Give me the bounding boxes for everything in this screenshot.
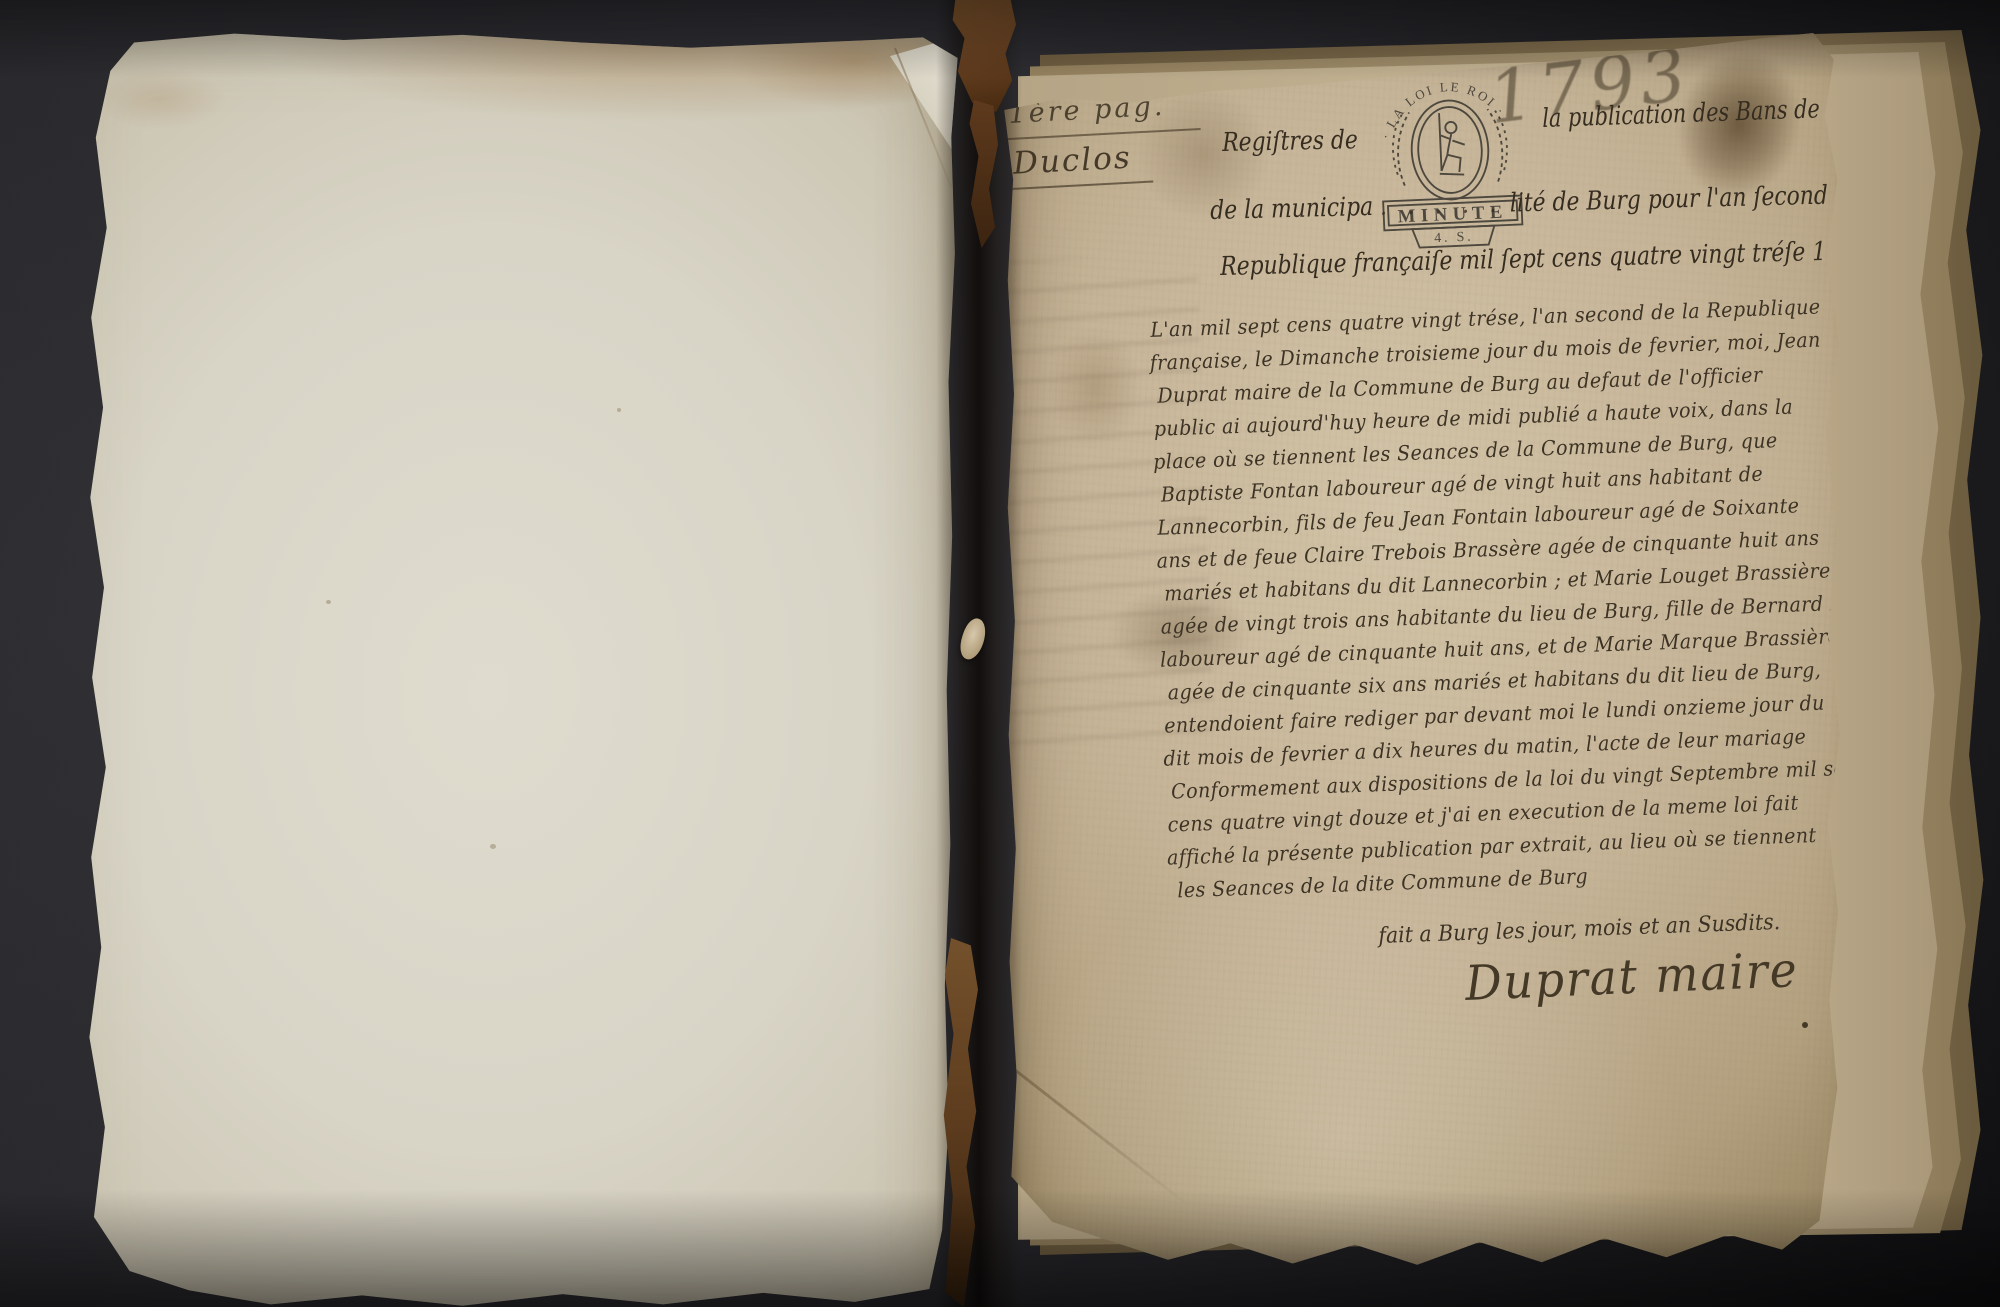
paper-speck	[617, 408, 621, 412]
spine-leather-bottom	[942, 938, 978, 1307]
left-blank-page	[52, 22, 964, 1307]
spine-leather-top	[950, 0, 1016, 112]
title-line2b: lité de Burg pour l'an ſecond de la	[1510, 179, 1889, 218]
paper-stain	[1050, 328, 1140, 448]
stamp-graphic: · LA LOI LE ROI · MINU	[1362, 46, 1539, 253]
stamp-oval-inner	[1416, 106, 1483, 195]
title-line1-left: Regiſtres de	[1222, 125, 1358, 158]
paper-speck	[326, 600, 331, 604]
manuscript-page: 1ère pag. Duclos 1793 · LA LOI LE ROI ·	[990, 28, 1880, 1290]
laurel-branch-right-2	[1495, 110, 1508, 170]
paper-speck	[490, 844, 496, 849]
stamp-value-label: 4. S.	[1434, 230, 1474, 247]
stamp-arc-text: · LA LOI LE ROI ·	[1375, 76, 1510, 141]
title-line3: Republique françaiſe mil ſept cens quatr…	[1220, 236, 1868, 282]
paper-crease	[1007, 1063, 1190, 1207]
binding-cord-knot	[956, 616, 990, 663]
closing-line: fait a Burg les jour, mois et an Susdits…	[1378, 910, 1781, 949]
title-line2: de la municipa . . . . . lité de Burg po…	[1210, 179, 1889, 226]
manuscript-body: L'an mil sept cens quatre vingt trése, l…	[1148, 289, 1875, 907]
mayor-signature: Duprat maire	[1464, 942, 1800, 1012]
laurel-branch-right	[1487, 109, 1503, 182]
archival-annotation: 1ère pag. Duclos	[1006, 89, 1203, 190]
title-line2a: de la municipa	[1210, 192, 1373, 226]
spine-leather-strip	[968, 100, 998, 248]
photograph-backdrop: 1ère pag. Duclos 1793 · LA LOI LE ROI ·	[0, 0, 2000, 1307]
revenue-stamp: · LA LOI LE ROI · MINU	[1362, 46, 1539, 253]
seated-justice-icon	[1437, 112, 1466, 176]
signature-period	[1802, 1022, 1808, 1028]
clerk-name-note: Duclos	[1008, 139, 1153, 190]
title-line2-dots: . . . . .	[1380, 189, 1503, 222]
stamp-oval-outer	[1410, 99, 1491, 201]
